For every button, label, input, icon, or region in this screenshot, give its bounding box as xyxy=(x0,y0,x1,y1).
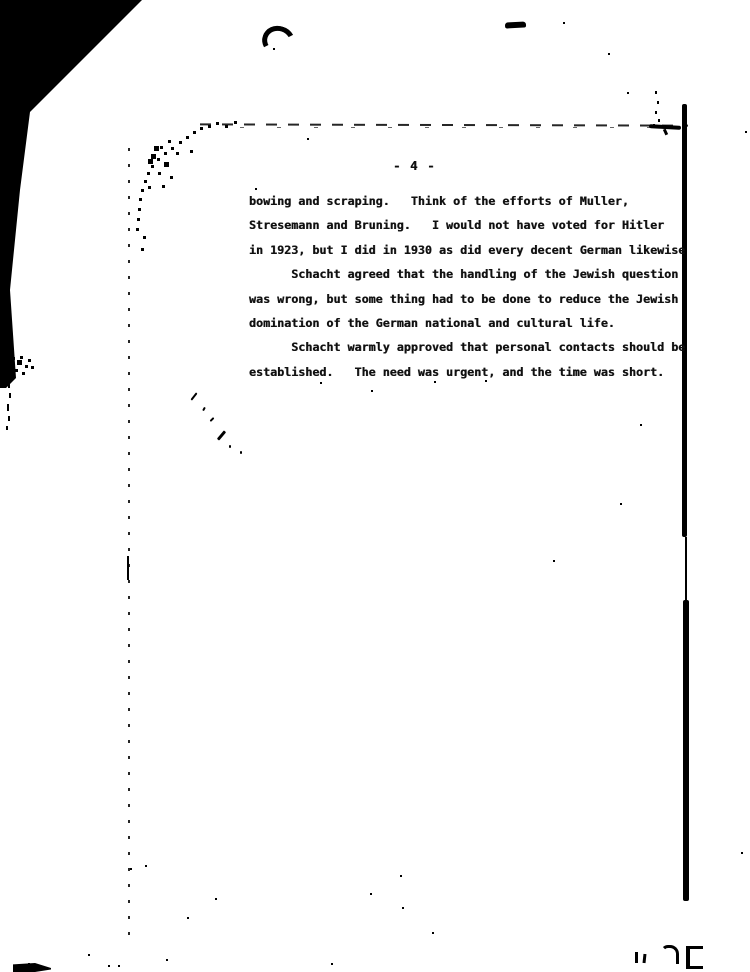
pen-check-mark xyxy=(202,407,206,411)
pen-mark-dot xyxy=(229,445,231,448)
pen-mark-dot xyxy=(240,451,242,454)
clipped-stamp-fragment xyxy=(643,954,647,963)
smudge-dash-top-right xyxy=(505,21,526,28)
dashed-page-edge-line-top-faint xyxy=(240,127,660,128)
tick-mark-left-edge xyxy=(8,416,10,421)
typewritten-line: Schacht agreed that the handling of the … xyxy=(249,262,699,286)
black-page-edge-line-right-thin xyxy=(685,537,687,601)
pen-check-mark xyxy=(210,417,215,422)
typewritten-line: Stresemann and Bruning. I would not have… xyxy=(249,213,699,237)
scanned-document-page: - 4 - bowing and scraping. Think of the … xyxy=(0,0,750,972)
clipped-stamp-fragment xyxy=(686,946,703,969)
edge-line-top-speckles xyxy=(655,91,657,94)
hole-punch-crescent-mark xyxy=(258,22,299,61)
fold-line-solid-segment xyxy=(127,556,129,580)
tick-mark-left-edge xyxy=(7,404,9,411)
typewritten-line: bowing and scraping. Think of the effort… xyxy=(249,189,699,213)
typewritten-line: established. The need was urgent, and th… xyxy=(249,360,699,384)
clipped-stamp-fragment xyxy=(661,945,679,964)
typewritten-line: domination of the German national and cu… xyxy=(249,311,699,335)
dotted-fold-line-left xyxy=(128,148,130,935)
page-number: - 4 - xyxy=(393,158,436,173)
tick-mark-left-edge xyxy=(9,393,11,398)
tick-mark-left-edge xyxy=(6,426,8,430)
black-wedge-bottom-left xyxy=(13,963,51,972)
typewritten-line: was wrong, but some thing had to be done… xyxy=(249,287,699,311)
dashed-line-end-hook-tail xyxy=(663,129,668,136)
scan-noise-dots xyxy=(0,0,2,2)
typewritten-line: in 1923, but I did in 1930 as did every … xyxy=(249,238,699,262)
pen-check-mark xyxy=(190,392,197,400)
clipped-stamp-fragment xyxy=(635,952,638,963)
black-page-edge-line-right-lower xyxy=(683,600,689,901)
pen-check-mark xyxy=(217,430,226,440)
typewritten-line: Schacht warmly approved that personal co… xyxy=(249,335,699,359)
tick-mark-left-edge xyxy=(8,382,10,388)
typewritten-text-block: bowing and scraping. Think of the effort… xyxy=(249,189,699,384)
